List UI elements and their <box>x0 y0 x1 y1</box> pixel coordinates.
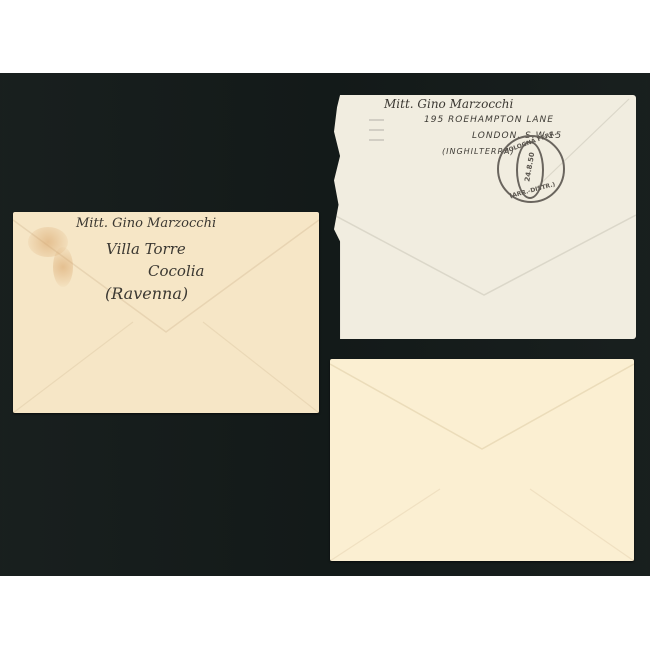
return-address-line3: Cocolia <box>148 262 204 280</box>
return-address-line1: Mitt. Gino Marzocchi <box>384 97 513 111</box>
return-address-line1: Mitt. Gino Marzocchi <box>76 216 216 231</box>
stain <box>53 247 73 287</box>
return-address-line2: 195 ROEHAMPTON LANE <box>424 115 554 125</box>
envelope-bottom-right <box>330 359 634 561</box>
postmark: BOLOGNA FERR. 24.8.50 (ARR.-DISTR.) <box>497 135 565 203</box>
return-address-line4: (Ravenna) <box>105 284 188 303</box>
envelope-flap-lines <box>330 359 634 561</box>
envelope-top-right: Mitt. Gino Marzocchi 195 ROEHAMPTON LANE… <box>334 95 636 339</box>
return-address-line2: Villa Torre <box>106 240 186 258</box>
envelope-left: Mitt. Gino Marzocchi Villa Torre Cocolia… <box>13 212 319 413</box>
